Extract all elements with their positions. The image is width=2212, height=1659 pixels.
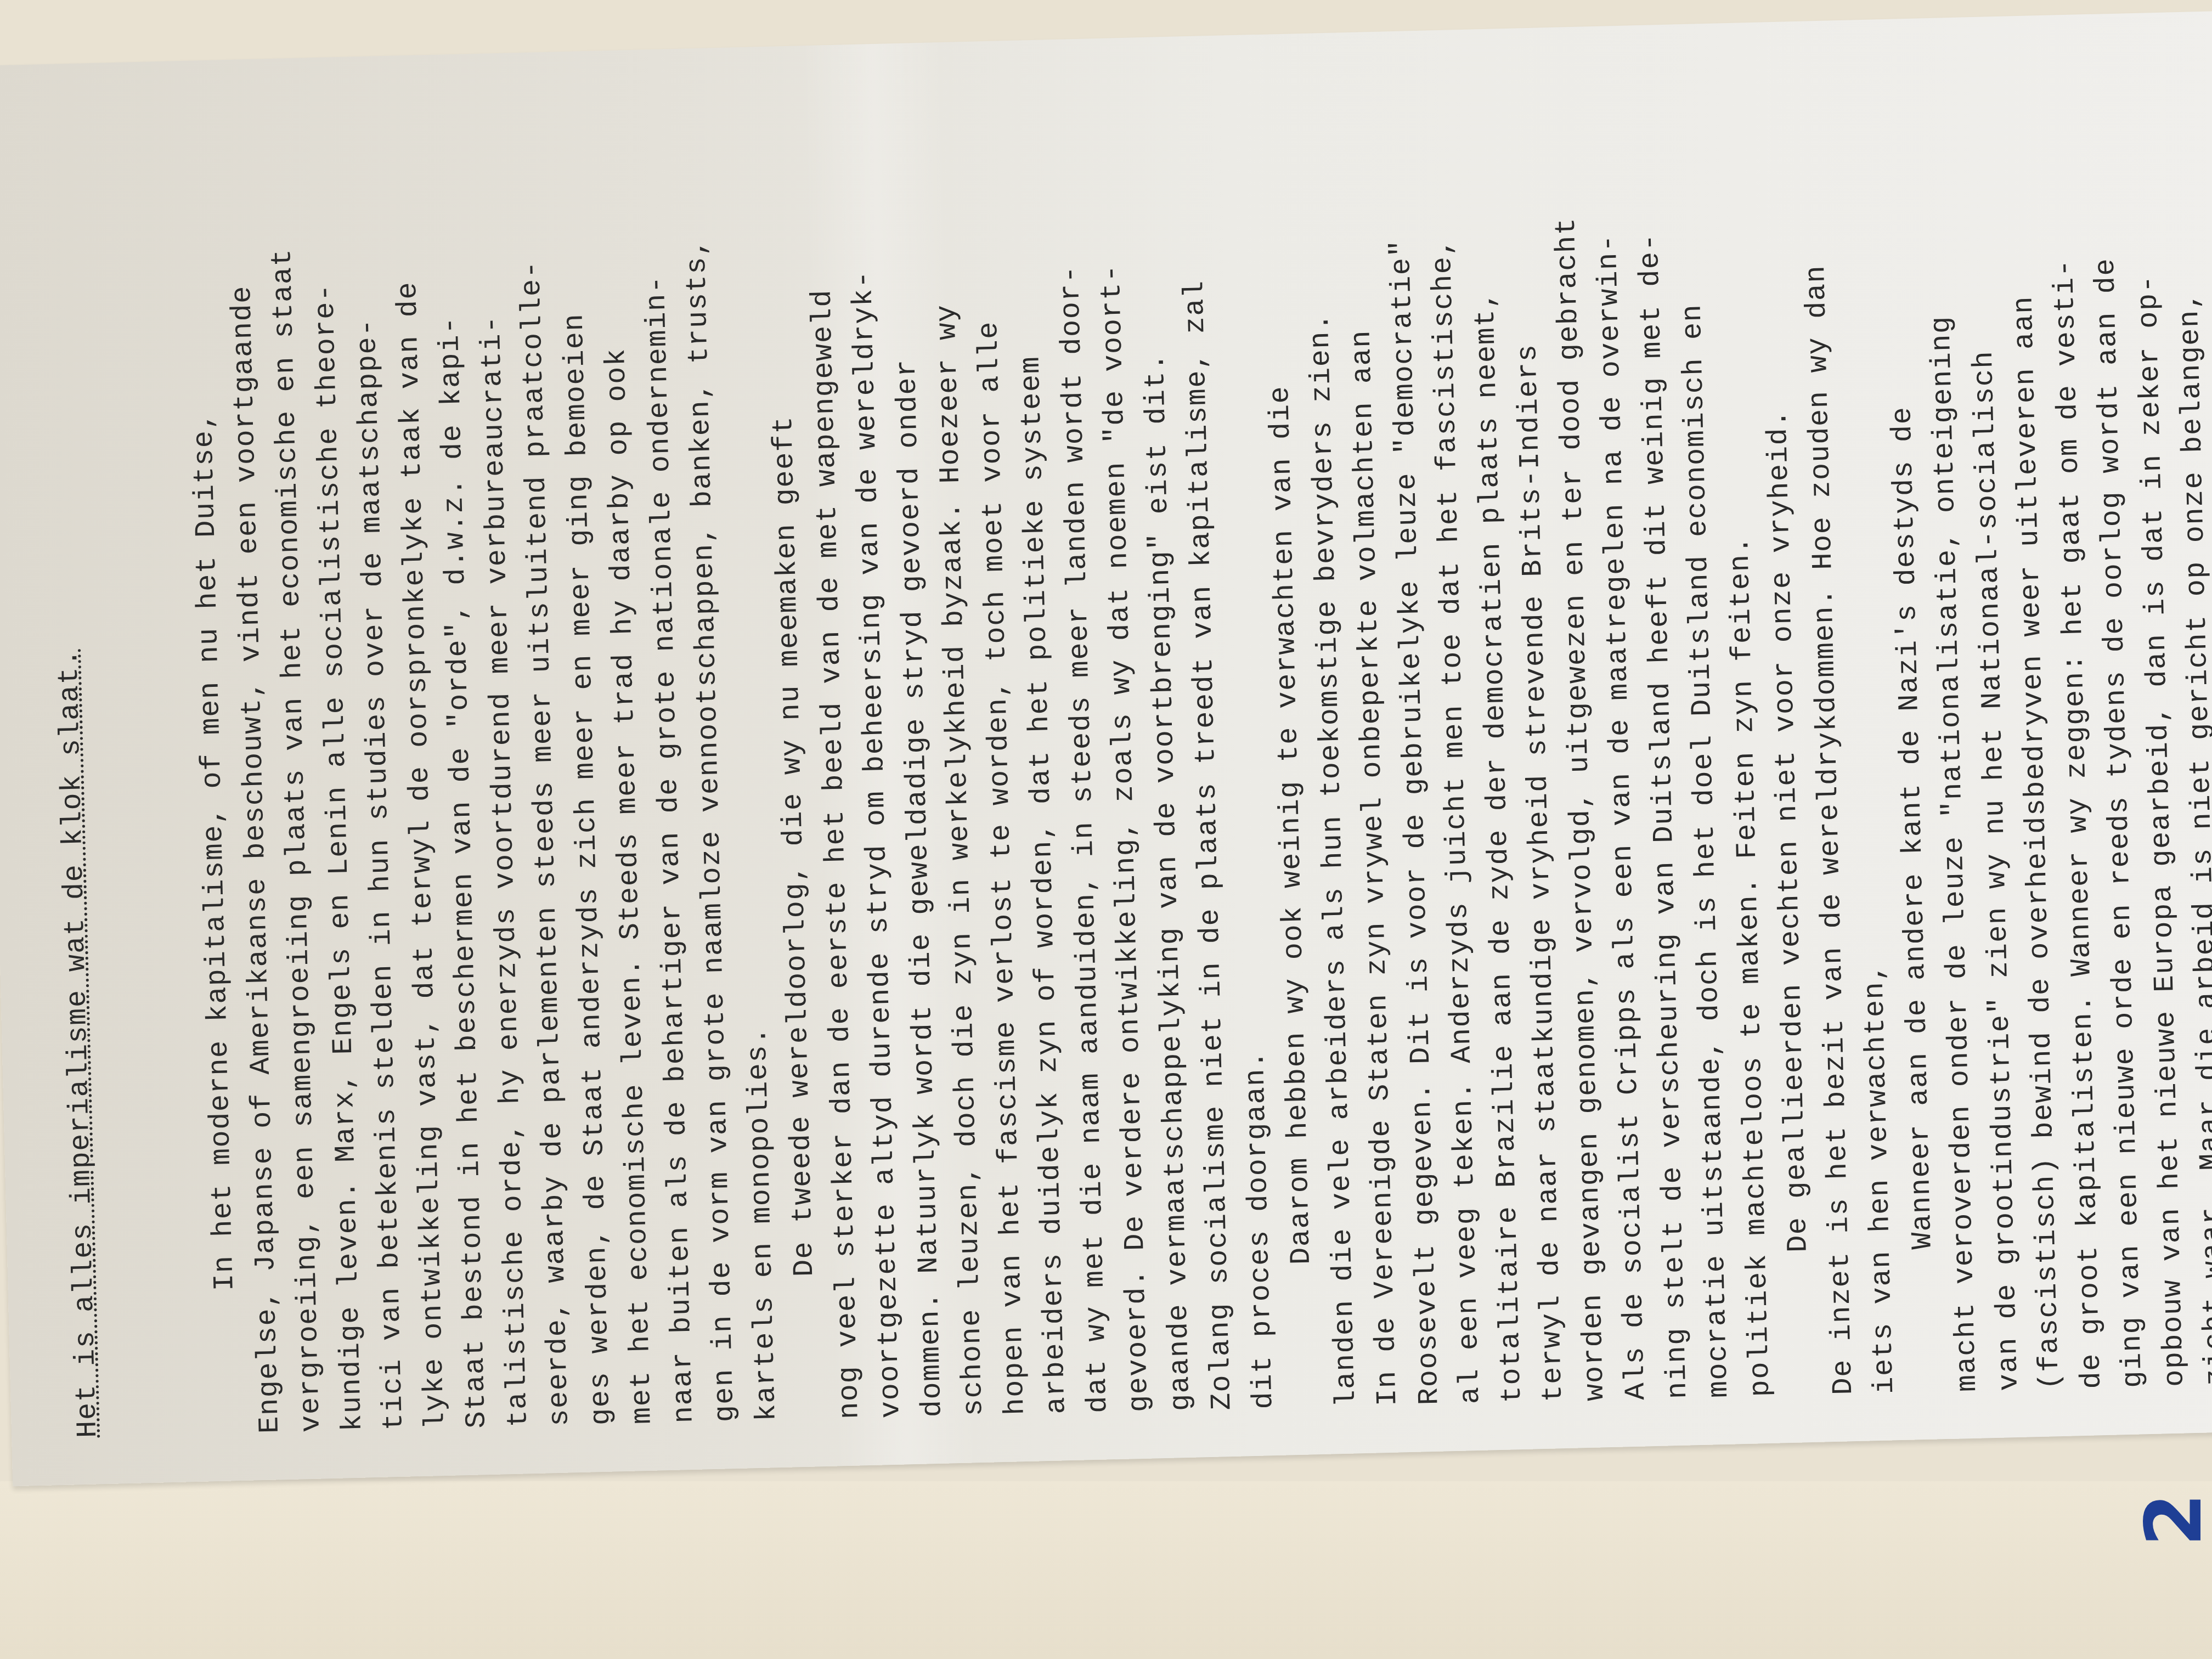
document-title: Het is alles imperialisme wat de klok sl… (36, 149, 109, 1438)
paragraph: Daarom hebben wy ook weinig te verwachte… (1253, 108, 1781, 1408)
document-body: In het moderne kapitalisme, of men nu he… (177, 92, 2212, 1435)
underlying-sheet (0, 1481, 2212, 1659)
paragraph: In het moderne kapitalisme, of men nu he… (177, 132, 788, 1435)
handwritten-page-marker: 2 (2136, 1493, 2212, 1546)
document-page: 7 Het is alles imperialisme wat de klok … (0, 10, 2212, 1486)
typed-text-block: 7 Het is alles imperialisme wat de klok … (0, 89, 2212, 1443)
paragraph: Wanneer aan de andere kant de Nazi's des… (1874, 92, 2212, 1393)
paragraph: De tweede wereldoorlog, die wy nu meemak… (756, 120, 1284, 1420)
